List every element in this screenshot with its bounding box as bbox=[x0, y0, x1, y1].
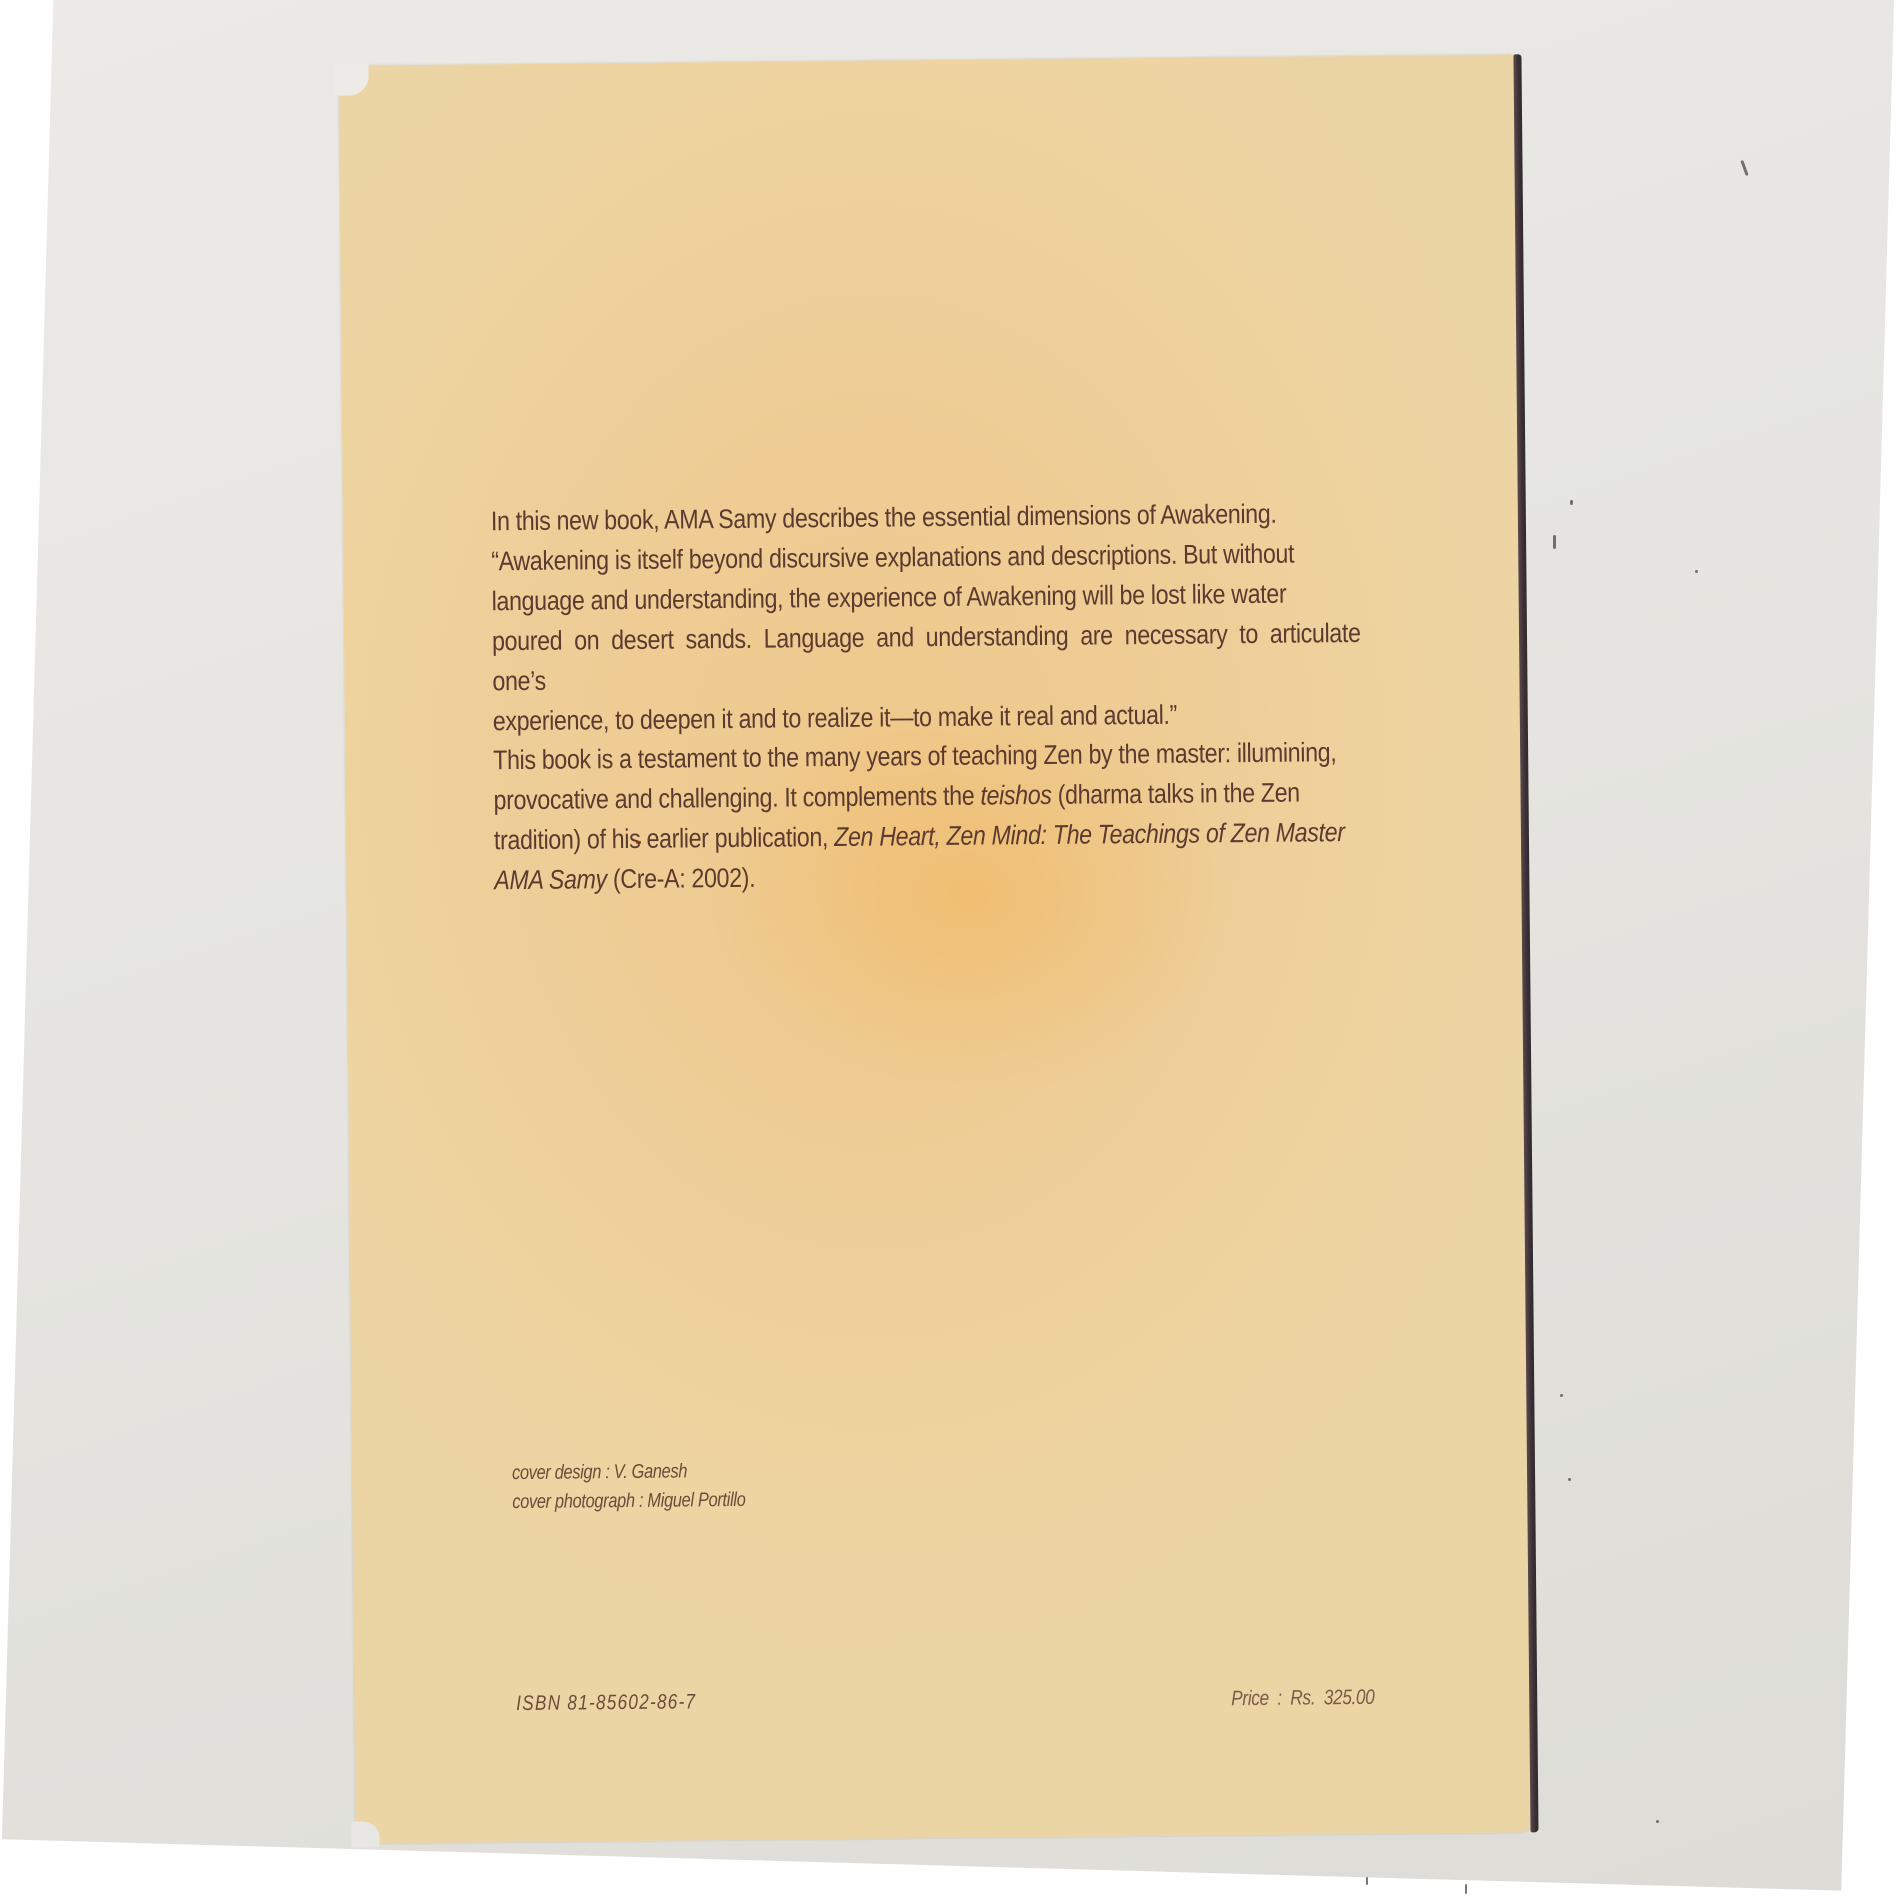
blurb-line: tradition) of his earlier publication, Z… bbox=[494, 812, 1363, 860]
price: Price : Rs. 325.00 bbox=[1231, 1686, 1374, 1711]
blurb-text: provocative and challenging. It compleme… bbox=[493, 781, 980, 816]
surface-speck bbox=[1568, 1478, 1571, 1481]
blurb-text: (dharma talks in the Zen bbox=[1051, 778, 1300, 810]
cover-design-credit: cover design : V. Ganesh bbox=[512, 1457, 745, 1488]
blurb-text: (Cre-A: 2002). bbox=[607, 863, 756, 894]
blurb-paragraph-2: This book is a testament to the many yea… bbox=[493, 732, 1363, 900]
surface-speck bbox=[1560, 1394, 1563, 1397]
book-back-cover: In this new book, AMA Samy describes the… bbox=[338, 54, 1538, 1843]
cover-credits: cover design : V. Ganesh cover photograp… bbox=[512, 1457, 746, 1517]
surface-speck bbox=[1465, 1884, 1467, 1894]
blurb-line: AMA Samy (Cre-A: 2002). bbox=[494, 852, 1363, 900]
surface-speck bbox=[1366, 1877, 1368, 1885]
ink-mark bbox=[636, 841, 641, 844]
earlier-book-title: Zen Heart, Zen Mind: The Teachings of Ze… bbox=[834, 817, 1345, 852]
blurb-text: tradition) of his earlier publication, bbox=[494, 822, 835, 855]
blurb-line: poured on desert sands. Language and und… bbox=[492, 613, 1361, 701]
isbn: ISBN 81-85602-86-7 bbox=[516, 1690, 696, 1716]
photo-scene: In this new book, AMA Samy describes the… bbox=[0, 0, 1904, 1904]
cover-photograph-credit: cover photograph : Miguel Portillo bbox=[512, 1486, 745, 1517]
surface-speck bbox=[1553, 535, 1556, 549]
surface-speck bbox=[1570, 500, 1573, 505]
surface-speck bbox=[1695, 570, 1698, 573]
blurb-paragraph-1: In this new book, AMA Samy describes the… bbox=[491, 493, 1362, 741]
cover-paper: In this new book, AMA Samy describes the… bbox=[338, 54, 1530, 1843]
surface-speck bbox=[1656, 1820, 1659, 1823]
earlier-book-title-cont: AMA Samy bbox=[494, 864, 607, 895]
teishos-term: teishos bbox=[980, 780, 1051, 811]
